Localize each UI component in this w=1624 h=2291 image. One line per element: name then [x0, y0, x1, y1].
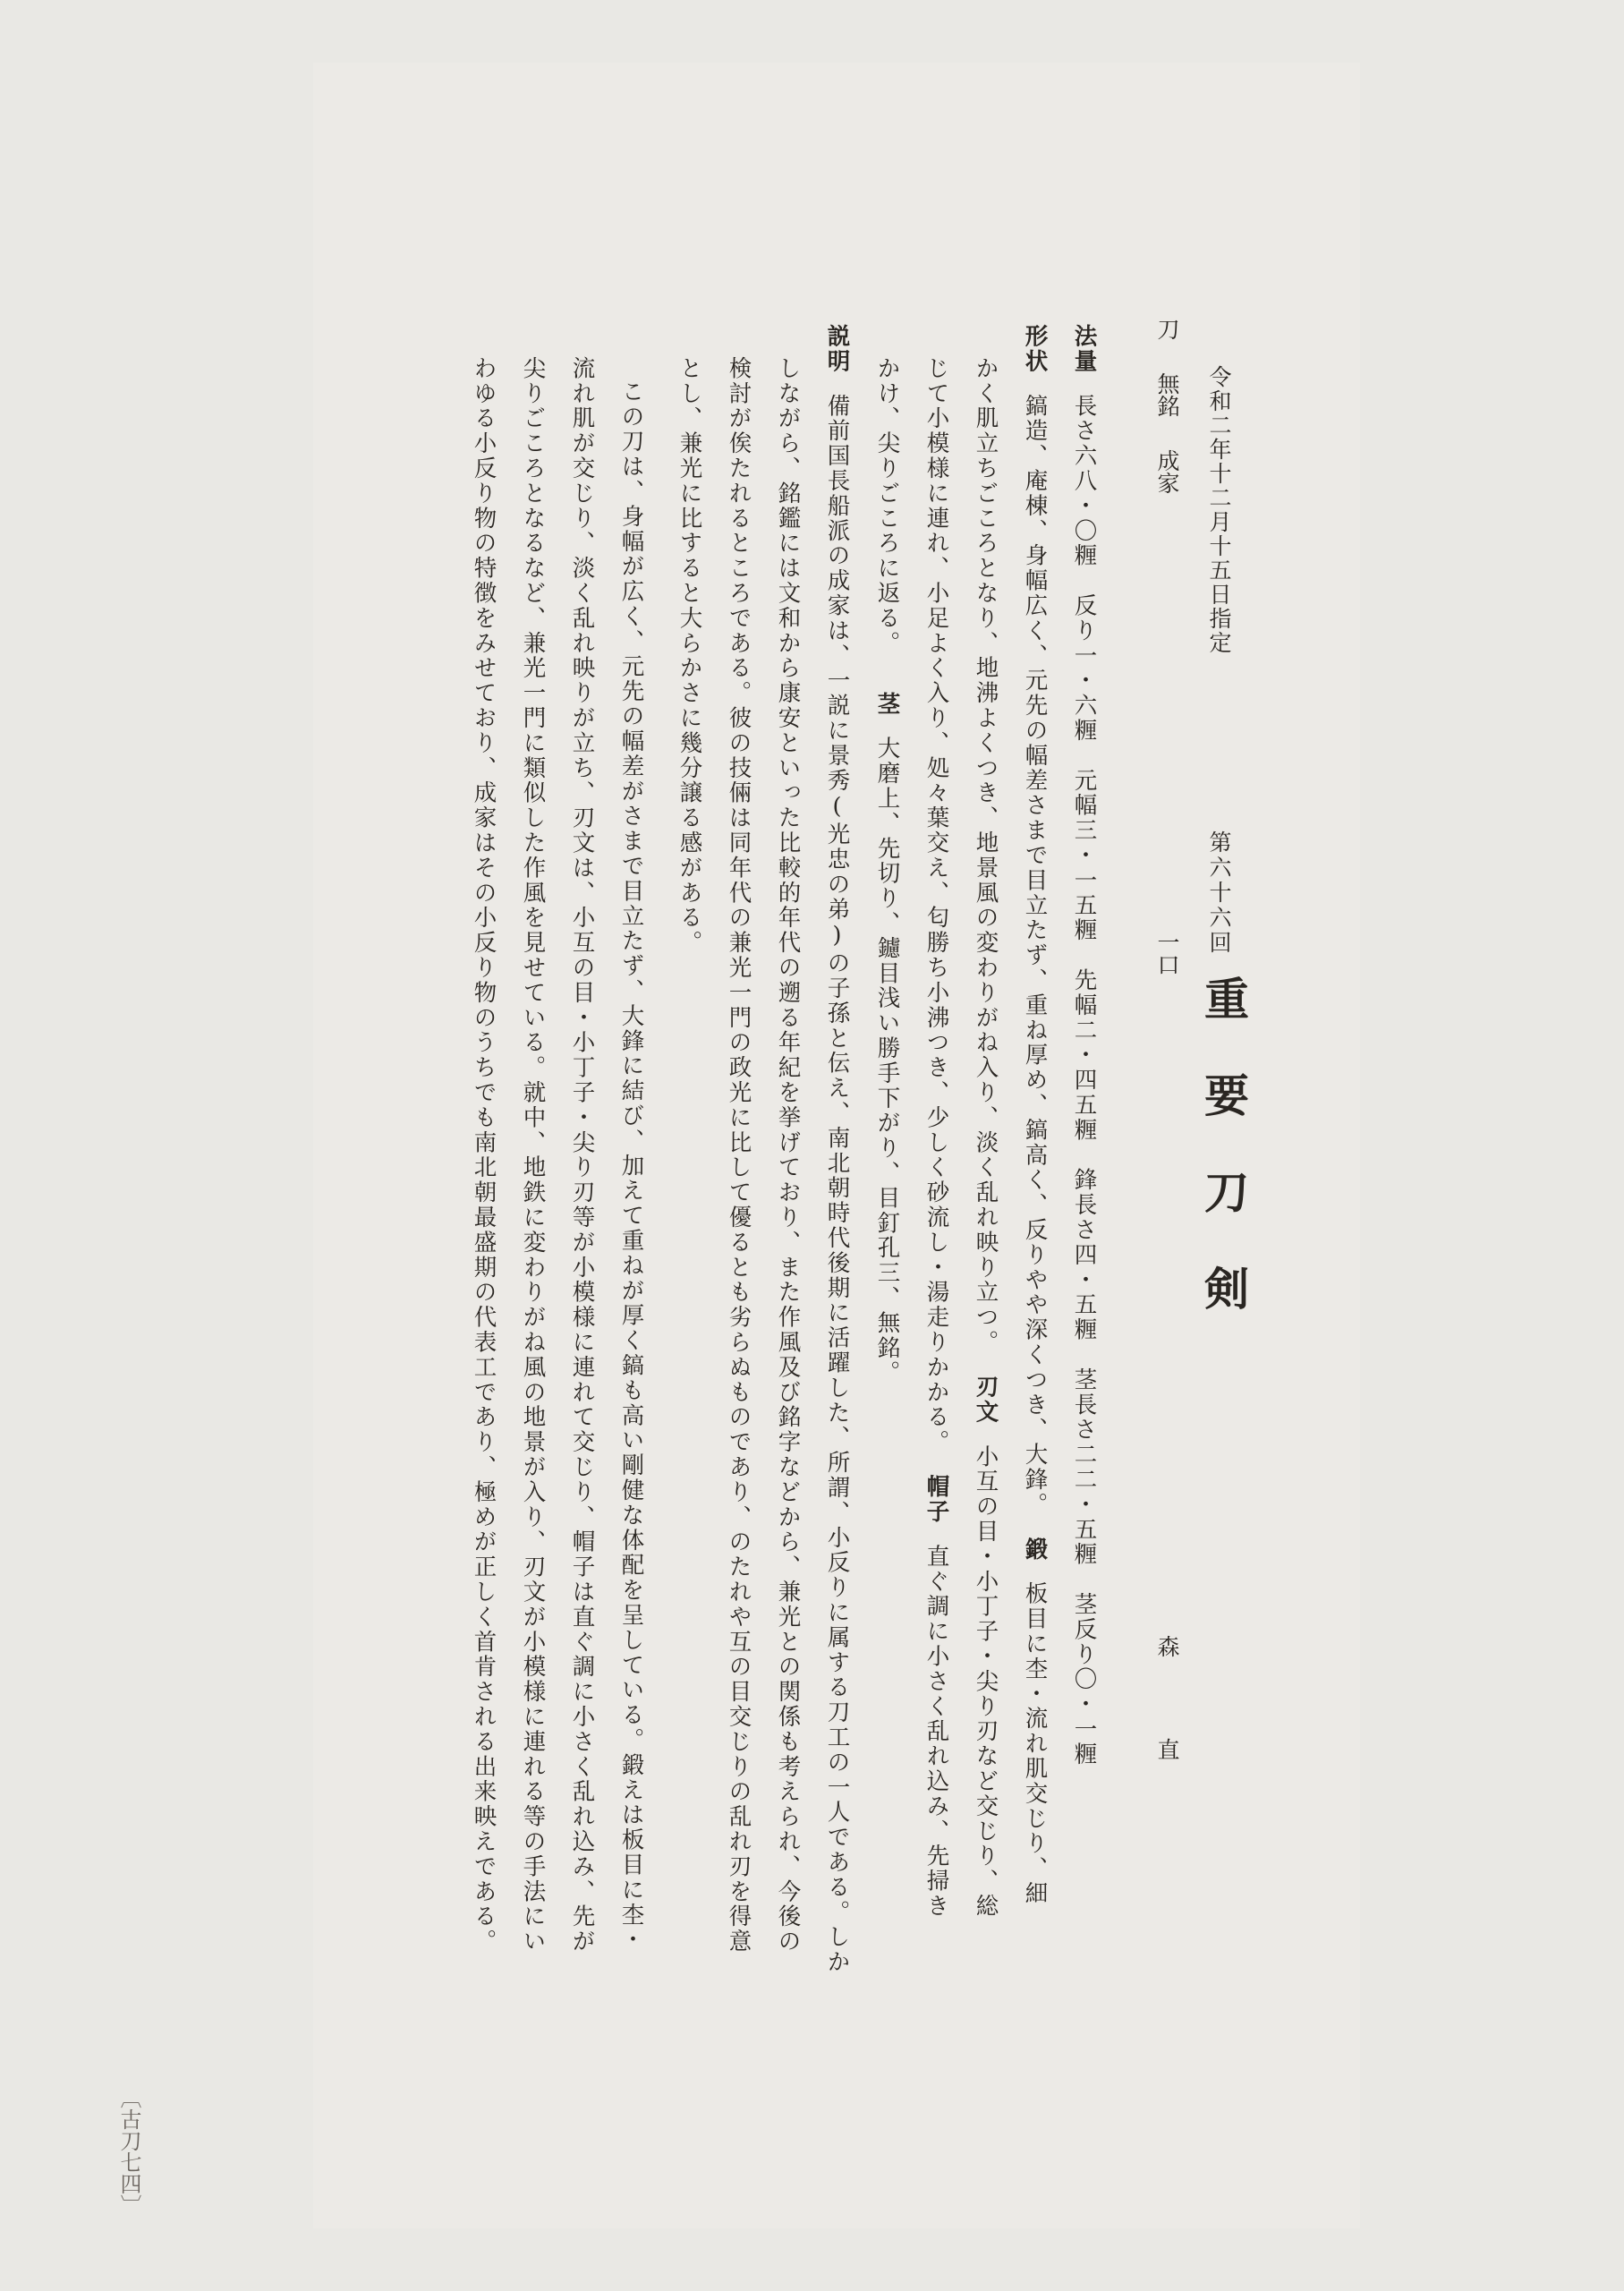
hamon-label: 刃文	[973, 1375, 999, 1425]
text-column: かく肌立ちごころとなり、地沸よくつき、地景風の変わりがね入り、淡く乱れ映り立つ。…	[974, 356, 997, 1919]
measurements-text: 長さ六八・〇糎 反り一・六糎 元幅三・一五糎 先幅二・四五糎 鋒長さ四・五糎 茎…	[1071, 394, 1098, 1767]
designation-date: 令和二年十二月十五日指定	[1208, 365, 1230, 655]
text-column: 尖りごころとなるなど、兼光一門に類似した作風を見せている。就中、地鉄に変わりがね…	[521, 356, 544, 1955]
forging-text-head: 板目に杢・流れ肌交じり、細	[1022, 1581, 1049, 1906]
sword-name: 刀無銘成家	[1156, 318, 1178, 526]
text-column: とし、兼光に比すると大らかさに幾分譲る感がある。	[677, 356, 701, 956]
page-number: 〔古刀七四〕	[118, 2087, 140, 2216]
boshi-label: 帽子	[923, 1475, 950, 1525]
text-column: かけ、尖りごころに返る。茎大磨上、先切り、鑢目浅い勝手下がり、目釘孔三、無銘。	[875, 356, 898, 1385]
sword-smith: 成家	[1156, 449, 1178, 494]
session-number: 第六十六回	[1208, 830, 1230, 956]
text-column: 検討が俟たれるところである。彼の技倆は同年代の兼光一門の政光に比して優るとも劣ら…	[727, 356, 750, 1955]
forging-label: 鍛	[1022, 1537, 1049, 1562]
author-name: 森直	[1156, 1635, 1178, 1841]
text-column: しながら、銘鑑には文和から康安といった比較的年代の遡る年紀を挙げており、また作風…	[776, 356, 799, 1955]
shape-label: 形状	[1022, 324, 1049, 374]
text-column: じて小模様に連れ、小足よく入り、処々葉交え、匂勝ち小沸つき、少しく砂流し・湯走り…	[924, 356, 948, 1919]
explanation-label: 説明	[824, 324, 851, 374]
text-column: 流れ肌が交じり、淡く乱れ映りが立ち、刃文は、小互の目・小丁子・尖り刃等が小模様に…	[570, 356, 593, 1955]
text-column: わゆる小反り物の特徴をみせており、成家はその小反り物のうちでも南北朝最盛期の代表…	[472, 356, 495, 1955]
sword-count: 一口	[1156, 931, 1178, 975]
paragraph2-column: この刀は、身幅が広く、元先の幅差がさまで目立たず、大鋒に結び、加えて重ねが厚く鎬…	[619, 379, 642, 1953]
measurements-column: 法量長さ六八・〇糎 反り一・六糎 元幅三・一五糎 先幅二・四五糎 鋒長さ四・五糎…	[1072, 324, 1095, 1767]
shape-column: 形状鎬造、庵棟、身幅広く、元先の幅差さまで目立たず、重ね厚め、鎬高く、反りやや深…	[1023, 324, 1046, 1906]
sword-inscription: 無銘	[1156, 372, 1178, 417]
explanation-column: 説明備前国長船派の成家は、一説に景秀(光忠の弟)の子孫と伝え、南北朝時代後期に活…	[825, 324, 848, 1975]
page-title: 重要刀剣	[1201, 975, 1246, 1362]
nakago-label: 茎	[874, 692, 901, 717]
sword-type: 刀	[1156, 318, 1178, 340]
measurements-label: 法量	[1071, 324, 1098, 374]
shape-text: 鎬造、庵棟、身幅広く、元先の幅差さまで目立たず、重ね厚め、鎬高く、反りやや深くつ…	[1022, 394, 1049, 1518]
